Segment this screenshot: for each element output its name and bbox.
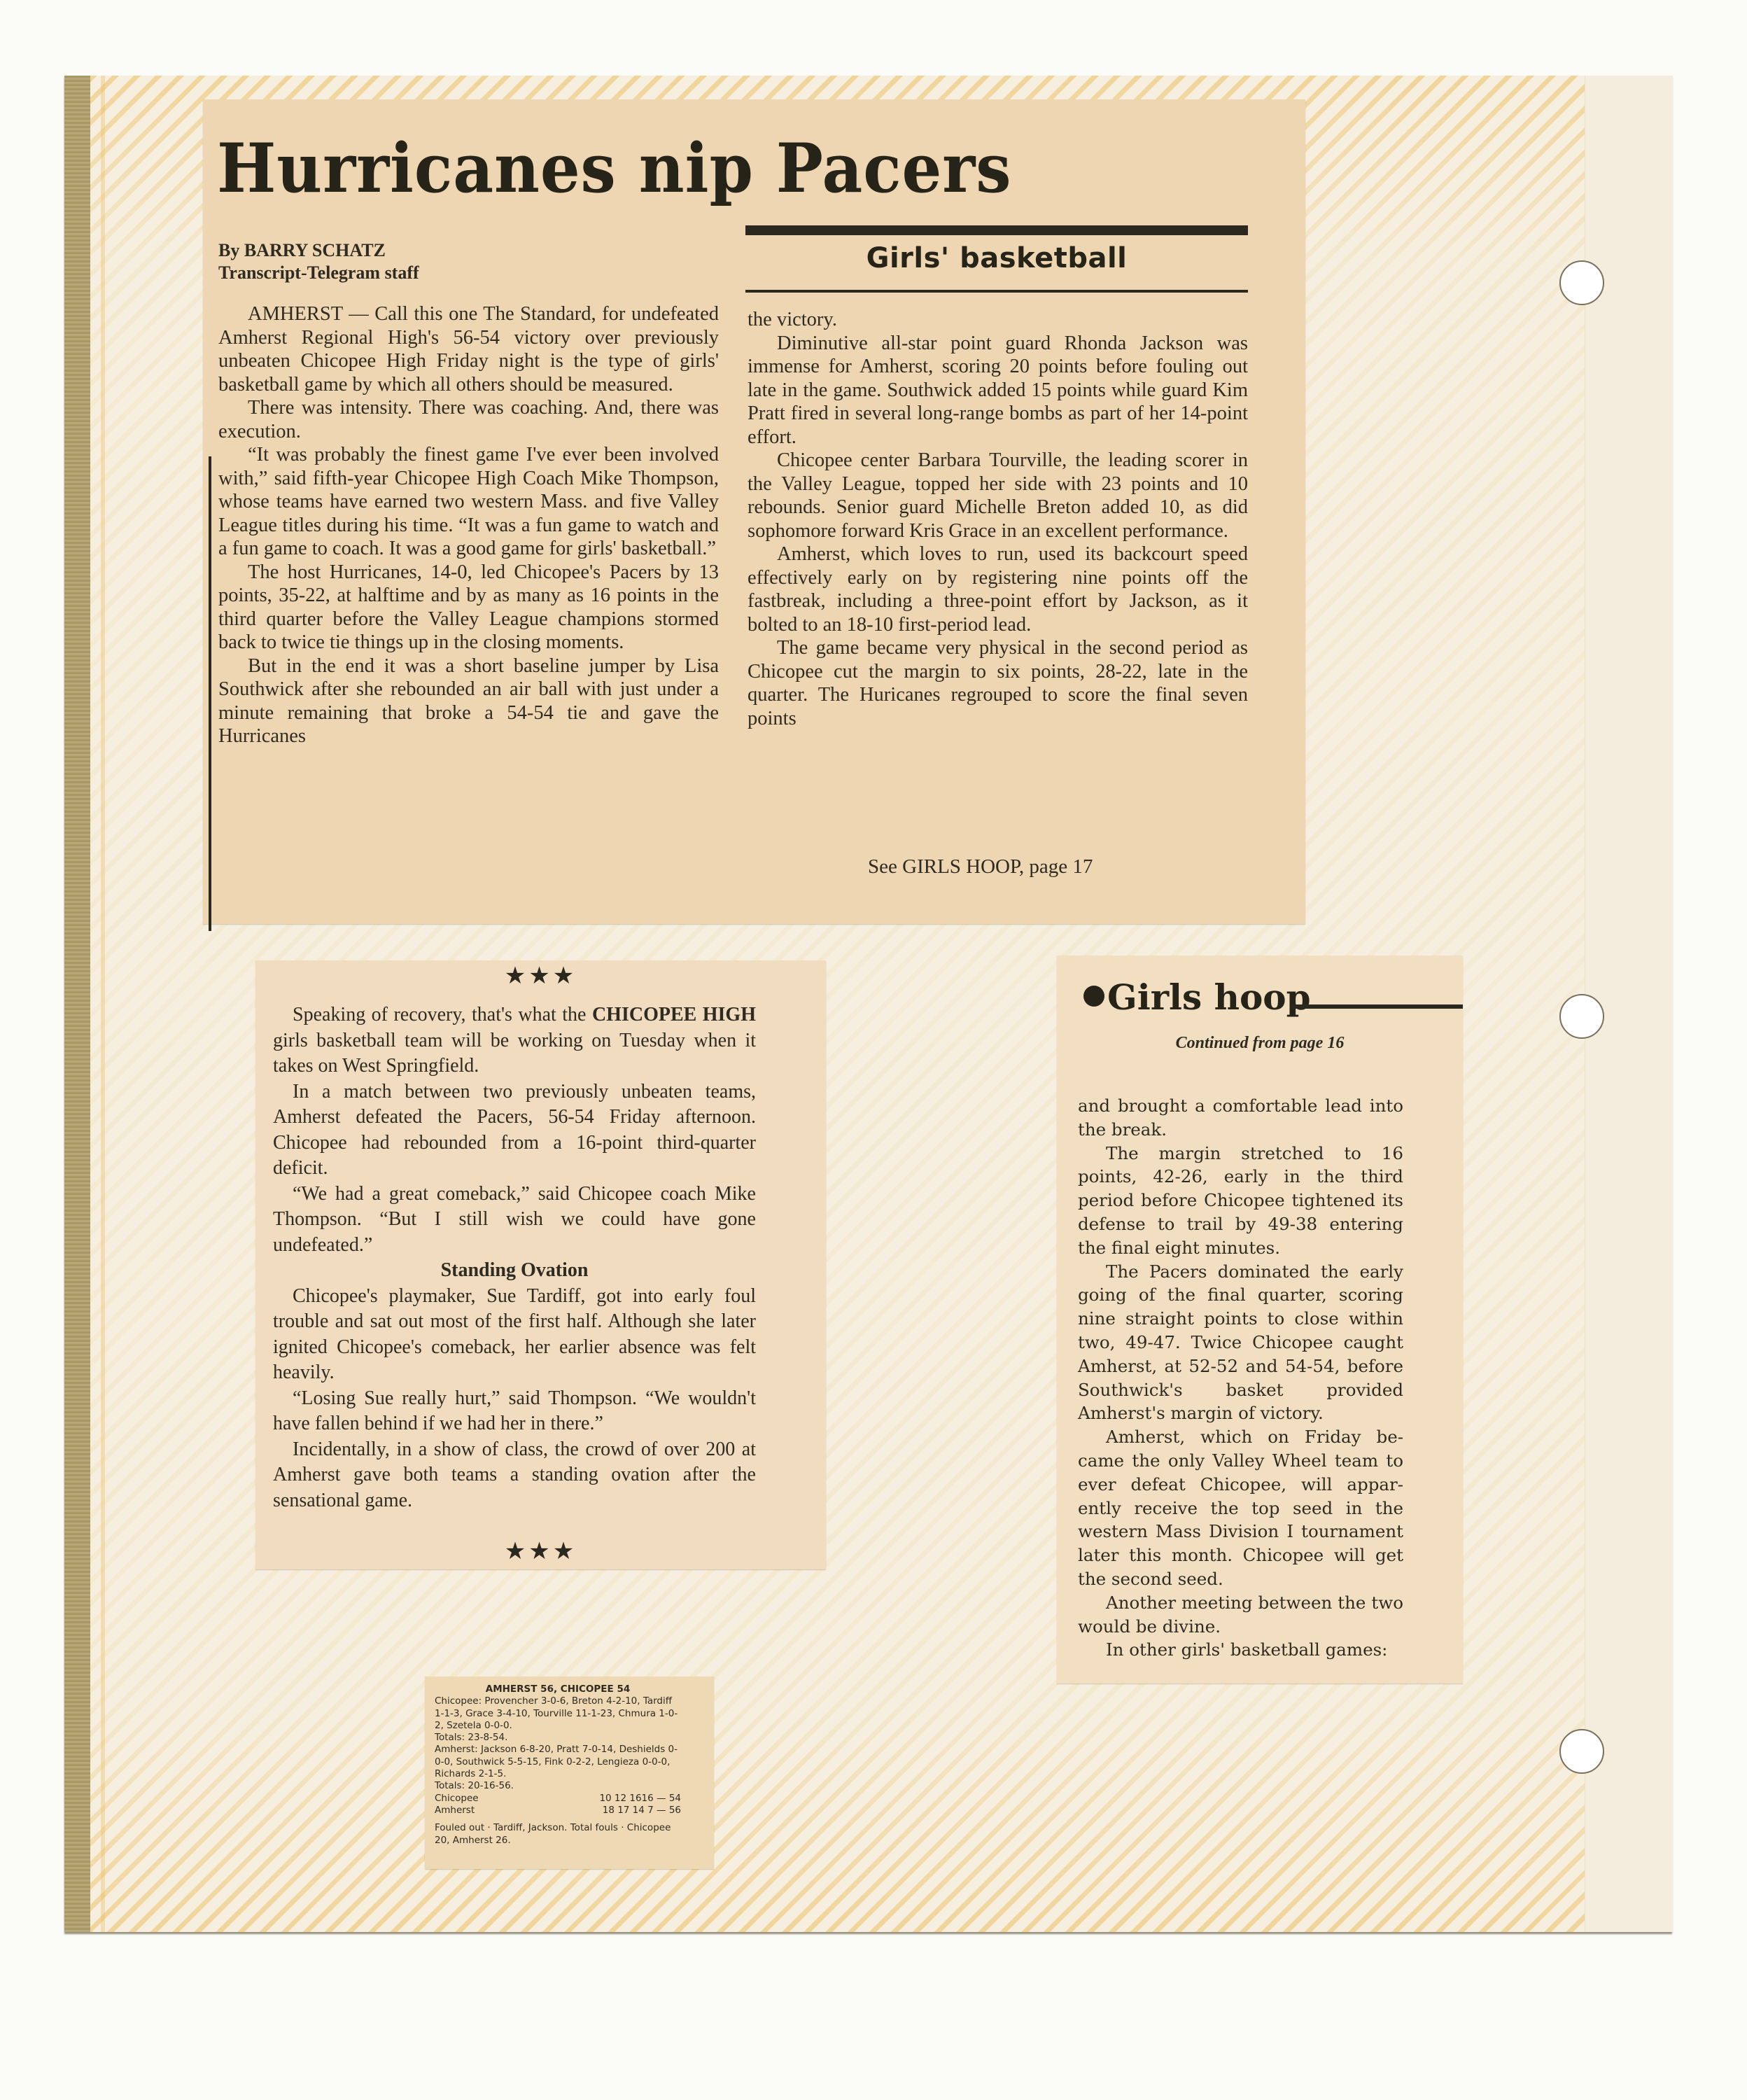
binder-hole-icon (1559, 1729, 1604, 1774)
fouls-note: Fouled out · Tardiff, Jackson. Total fou… (435, 1822, 681, 1847)
paragraph: Speaking of recovery, that's what the CH… (273, 1002, 756, 1079)
continued-from-line: Continued from page 16 (1057, 1034, 1463, 1053)
paragraph: The margin stretched to 16 points, 42-26… (1078, 1142, 1403, 1260)
line-score-values: 10 12 1616 — 54 (599, 1793, 681, 1805)
continuation-column: and brought a comfortable lead into the … (1078, 1094, 1403, 1662)
article-column-right: the victory. Diminutive all-star point g… (748, 308, 1248, 730)
page-margin-line (101, 76, 105, 1932)
section-rule-top (745, 225, 1248, 235)
paragraph: The game became very physical in the sec… (748, 636, 1248, 730)
byline-staff: Transcript-Telegram staff (218, 262, 419, 284)
continuation-title-text: Girls hoop (1107, 976, 1311, 1018)
paragraph: and brought a comfortable lead into the … (1078, 1094, 1403, 1142)
stars-divider-icon: ★★★ (255, 962, 826, 990)
side-note-clipping: ★★★ Speaking of recovery, that's what th… (255, 960, 826, 1569)
text-run: girls basketball team will be working on… (273, 1030, 756, 1077)
line-score-row: Chicopee 10 12 1616 — 54 (435, 1793, 681, 1805)
byline-author: By BARRY SCHATZ (218, 239, 419, 262)
article-column-left: AMHERST — Call this one The Standard, fo… (218, 302, 719, 748)
jump-line: See GIRLS HOOP, page 17 (868, 855, 1093, 878)
line-score-team: Chicopee (435, 1793, 479, 1805)
paragraph: “We had a great comeback,” said Chicopee… (273, 1182, 756, 1259)
amherst-totals: Totals: 20-16-56. (435, 1780, 681, 1792)
headline: Hurricanes nip Pacers (217, 129, 1011, 208)
paragraph: In a match between two previously unbeat… (273, 1079, 756, 1182)
paragraph: The host Hurricanes, 14-0, led Chicopee'… (218, 561, 719, 654)
section-rule-bottom (745, 290, 1248, 293)
continuation-title: Girls hoop (1083, 976, 1311, 1018)
paragraph: But in the end it was a short baseline j… (218, 654, 719, 748)
side-note-column: Speaking of recovery, that's what the CH… (273, 1002, 756, 1513)
bullet-icon (1083, 986, 1104, 1007)
paragraph: Another meeting between the two would be… (1078, 1591, 1403, 1639)
chicopee-totals: Totals: 23-8-54. (435, 1732, 681, 1744)
line-score-row: Amherst 18 17 14 7 — 56 (435, 1805, 681, 1816)
paragraph: Incidentally, in a show of class, the cr… (273, 1437, 756, 1514)
paragraph: In other girls' basketball games: (1078, 1638, 1403, 1662)
binder-hole-icon (1559, 260, 1604, 305)
paragraph: the victory. (748, 308, 1248, 332)
column-margin-rule (209, 456, 211, 931)
continuation-clipping: Girls hoop Continued from page 16 and br… (1057, 955, 1463, 1683)
paragraph: Amherst, which loves to run, used its ba… (748, 542, 1248, 636)
box-score-clipping: AMHERST 56, CHICOPEE 54 Chicopee: Proven… (425, 1676, 714, 1869)
bold-team-name: CHICO­PEE HIGH (592, 1004, 756, 1025)
paragraph: “Losing Sue really hurt,” said Thompson.… (273, 1386, 756, 1437)
paragraph: There was intensity. There was coaching.… (218, 396, 719, 443)
section-label: Girls' basketball (745, 242, 1248, 274)
line-score-values: 18 17 14 7 — 56 (603, 1805, 681, 1816)
paragraph: AMHERST — Call this one The Standard, fo… (218, 302, 719, 396)
box-score: AMHERST 56, CHICOPEE 54 Chicopee: Proven… (435, 1683, 681, 1847)
spacer (435, 1816, 681, 1822)
amherst-players: Amherst: Jackson 6-8-20, Pratt 7-0-14, D… (435, 1744, 681, 1780)
paragraph: The Pacers dominated the early going of … (1078, 1260, 1403, 1426)
page-binding-strip (64, 76, 90, 1932)
box-score-title: AMHERST 56, CHICOPEE 54 (435, 1683, 681, 1695)
byline-block: By BARRY SCHATZ Transcript-Telegram staf… (218, 239, 419, 284)
chicopee-players: Chicopee: Provencher 3-0-6, Breton 4-2-1… (435, 1695, 681, 1732)
line-score-team: Amherst (435, 1805, 475, 1816)
paragraph: Chicopee's playmaker, Sue Tardiff, got i… (273, 1284, 756, 1386)
paragraph: Amherst, which on Friday be­came the onl… (1078, 1425, 1403, 1591)
subhead: Standing Ovation (273, 1258, 756, 1284)
stars-divider-icon: ★★★ (255, 1537, 826, 1565)
title-rule (1291, 1004, 1463, 1009)
binder-hole-icon (1559, 994, 1604, 1039)
text-run: Speaking of recovery, that's what the (293, 1004, 592, 1025)
main-article-clipping: Hurricanes nip Pacers By BARRY SCHATZ Tr… (203, 99, 1305, 924)
paragraph: Chicopee center Barbara Tourville, the l… (748, 449, 1248, 542)
paragraph: “It was probably the finest game I've ev… (218, 443, 719, 561)
paragraph: Diminutive all-star point guard Rhonda J… (748, 332, 1248, 449)
